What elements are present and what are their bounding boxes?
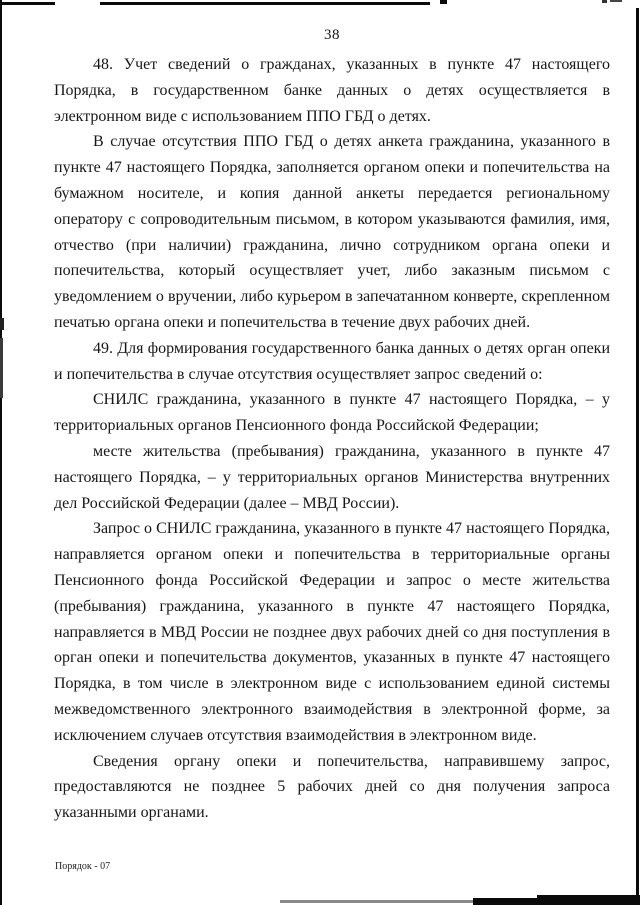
scan-dash-top-right-1	[602, 0, 607, 3]
paragraph-49-snils: СНИЛС гражданина, указанного в пункте 47…	[54, 387, 610, 439]
scan-band-bottom-thick	[537, 895, 640, 905]
document-page: 38 48. Учет сведений о гражданах, указан…	[0, 0, 640, 905]
scan-band-bottom-gray	[280, 900, 475, 903]
scan-dash-top-right-2	[610, 0, 622, 2]
scan-edge-left	[0, 0, 2, 905]
paragraph-item-49: 49. Для формирования государственного ба…	[54, 336, 610, 388]
footer-label: Порядок - 07	[55, 861, 110, 872]
scan-edge-right	[636, 8, 639, 905]
page-number: 38	[54, 27, 610, 44]
scan-speck-left-1	[0, 318, 4, 330]
paragraph-49-residence: месте жительства (пребывания) гражданина…	[54, 439, 610, 516]
scan-tick-top	[440, 0, 447, 4]
paragraph-49-request: Запрос о СНИЛС гражданина, указанного в …	[54, 516, 610, 748]
scan-edge-top-left	[0, 2, 55, 5]
document-body: 48. Учет сведений о гражданах, указанных…	[54, 52, 610, 826]
scan-edge-top-main	[100, 2, 430, 5]
paragraph-item-48: 48. Учет сведений о гражданах, указанных…	[54, 52, 610, 129]
scan-speck-left-2	[0, 338, 3, 398]
paragraph-48-continuation: В случае отсутствия ППО ГБД о детях анке…	[54, 129, 610, 335]
paragraph-49-response: Сведения органу опеки и попечительства, …	[54, 749, 610, 826]
